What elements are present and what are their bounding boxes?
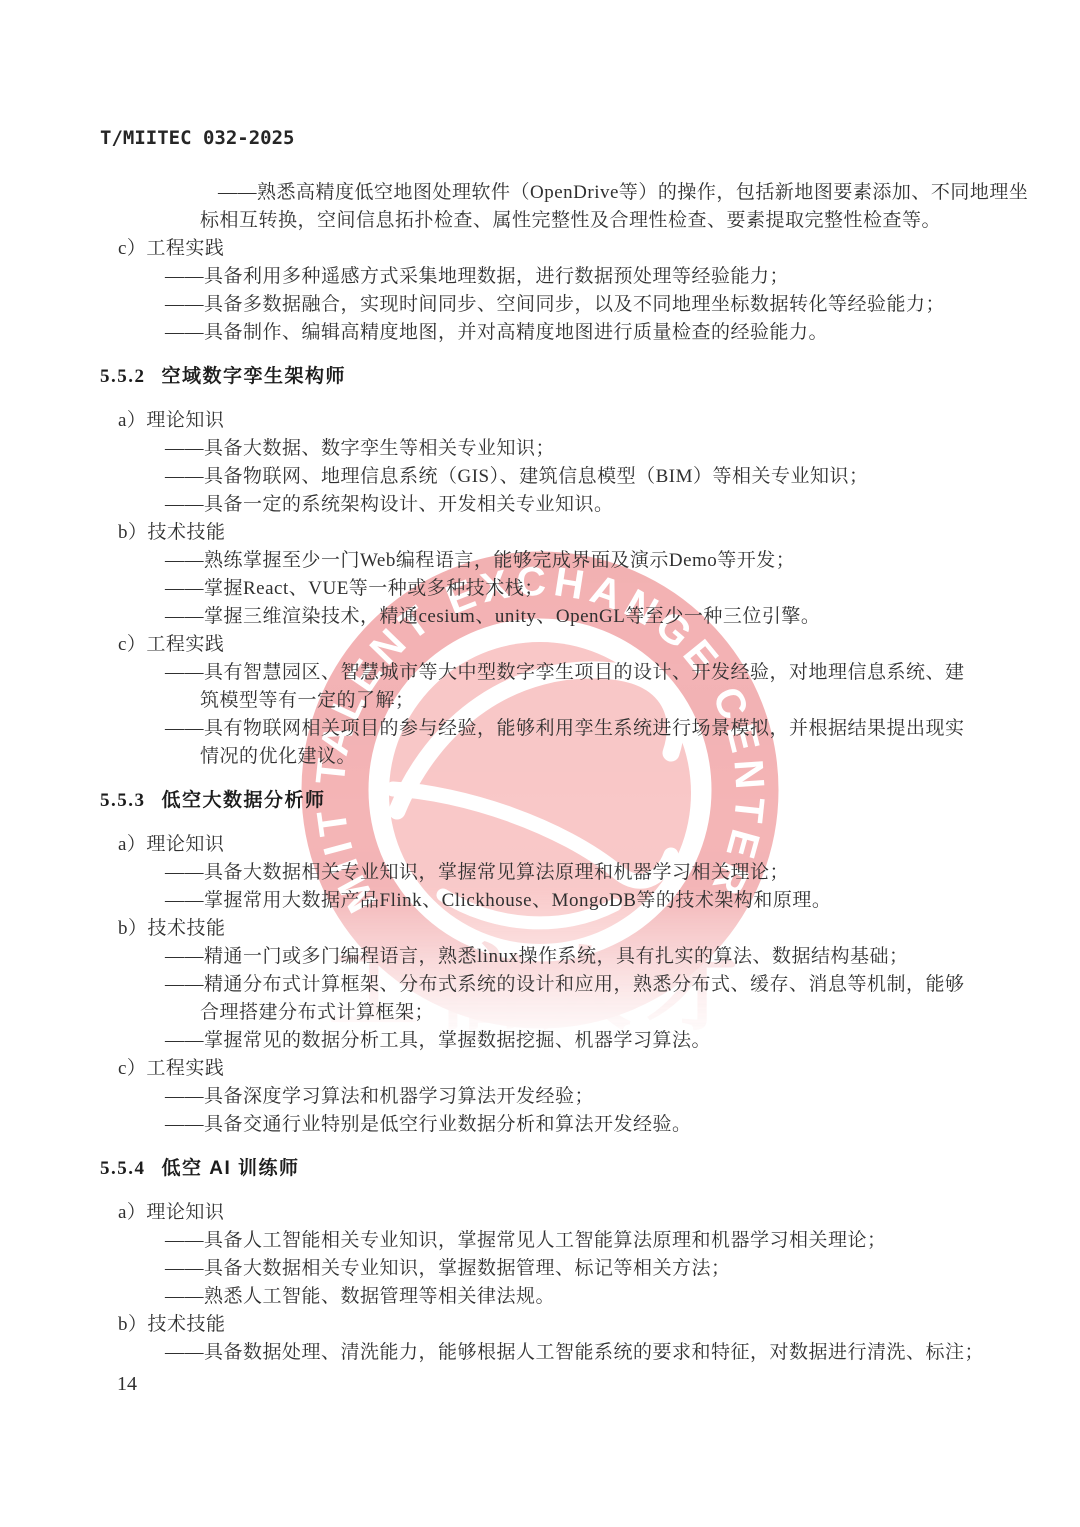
doc-line: ——具备制作、编辑高精度地图，并对高精度地图进行质量检查的经验能力。 [0,319,1080,347]
doc-line: 情况的优化建议。 [0,743,1080,771]
doc-line: ——熟练掌握至少一门Web编程语言，能够完成界面及演示Demo等开发； [0,547,1080,575]
document-body: ——熟悉高精度低空地图处理软件（OpenDrive等）的操作，包括新地图要素添加… [0,179,1080,1367]
doc-line: c）工程实践 [0,235,1080,263]
doc-line: ——具备物联网、地理信息系统（GIS）、建筑信息模型（BIM）等相关专业知识； [0,463,1080,491]
doc-line: ——具备多数据融合，实现时间同步、空间同步，以及不同地理坐标数据转化等经验能力； [0,291,1080,319]
doc-line: a）理论知识 [0,1199,1080,1227]
doc-line: ——具有物联网相关项目的参与经验，能够利用孪生系统进行场景模拟，并根据结果提出现… [0,715,1080,743]
doc-line: ——精通分布式计算框架、分布式系统的设计和应用，熟悉分布式、缓存、消息等机制，能… [0,971,1080,999]
doc-line: c）工程实践 [0,631,1080,659]
doc-line: ——具备一定的系统架构设计、开发相关专业知识。 [0,491,1080,519]
doc-line: ——掌握常用大数据产品Flink、Clickhouse、MongoDB等的技术架… [0,887,1080,915]
doc-line: b）技术技能 [0,519,1080,547]
section-heading: 5.5.3低空大数据分析师 [0,787,1080,815]
doc-line: ——精通一门或多门编程语言，熟悉linux操作系统，具有扎实的算法、数据结构基础… [0,943,1080,971]
doc-line: a）理论知识 [0,831,1080,859]
doc-line: ——具备数据处理、清洗能力，能够根据人工智能系统的要求和特征，对数据进行清洗、标… [0,1339,1080,1367]
doc-line: ——具备利用多种遥感方式采集地理数据，进行数据预处理等经验能力； [0,263,1080,291]
heading-title: 低空 AI 训练师 [162,1158,300,1179]
doc-line: ——熟悉高精度低空地图处理软件（OpenDrive等）的操作，包括新地图要素添加… [0,179,1080,207]
section-heading: 5.5.2空域数字孪生架构师 [0,363,1080,391]
page-number: 14 [117,1373,137,1396]
doc-line: ——掌握三维渲染技术，精通cesium、unity、OpenGL等至少一种三位引… [0,603,1080,631]
doc-line: ——掌握React、VUE等一种或多种技术栈； [0,575,1080,603]
doc-line: 筑模型等有一定的了解； [0,687,1080,715]
doc-line: ——具备大数据相关专业知识，掌握常见算法原理和机器学习相关理论； [0,859,1080,887]
doc-line: ——具备大数据、数字孪生等相关专业知识； [0,435,1080,463]
doc-line: b）技术技能 [0,915,1080,943]
heading-title: 空域数字孪生架构师 [162,366,347,387]
doc-line: ——具备交通行业特别是低空行业数据分析和算法开发经验。 [0,1111,1080,1139]
heading-number: 5.5.4 [100,1158,146,1179]
doc-line: ——具备深度学习算法和机器学习算法开发经验； [0,1083,1080,1111]
doc-line: c）工程实践 [0,1055,1080,1083]
standard-code-header: T/MIITEC 032-2025 [100,127,294,149]
doc-line: b）技术技能 [0,1311,1080,1339]
doc-line: ——具备人工智能相关专业知识，掌握常见人工智能算法原理和机器学习相关理论； [0,1227,1080,1255]
heading-number: 5.5.2 [100,366,146,387]
doc-line: ——掌握常见的数据分析工具，掌握数据挖掘、机器学习算法。 [0,1027,1080,1055]
doc-line: ——具有智慧园区、智慧城市等大中型数字孪生项目的设计、开发经验，对地理信息系统、… [0,659,1080,687]
doc-line: 标相互转换，空间信息拓扑检查、属性完整性及合理性检查、要素提取完整性检查等。 [0,207,1080,235]
document-page: MIIT TALENT EXCHANGE CENTER 工信人才 T/MIITE… [0,0,1080,1527]
doc-line: 合理搭建分布式计算框架； [0,999,1080,1027]
doc-line: ——具备大数据相关专业知识，掌握数据管理、标记等相关方法； [0,1255,1080,1283]
section-heading: 5.5.4低空 AI 训练师 [0,1155,1080,1183]
heading-title: 低空大数据分析师 [162,790,326,811]
heading-number: 5.5.3 [100,790,146,811]
doc-line: a）理论知识 [0,407,1080,435]
doc-line: ——熟悉人工智能、数据管理等相关律法规。 [0,1283,1080,1311]
